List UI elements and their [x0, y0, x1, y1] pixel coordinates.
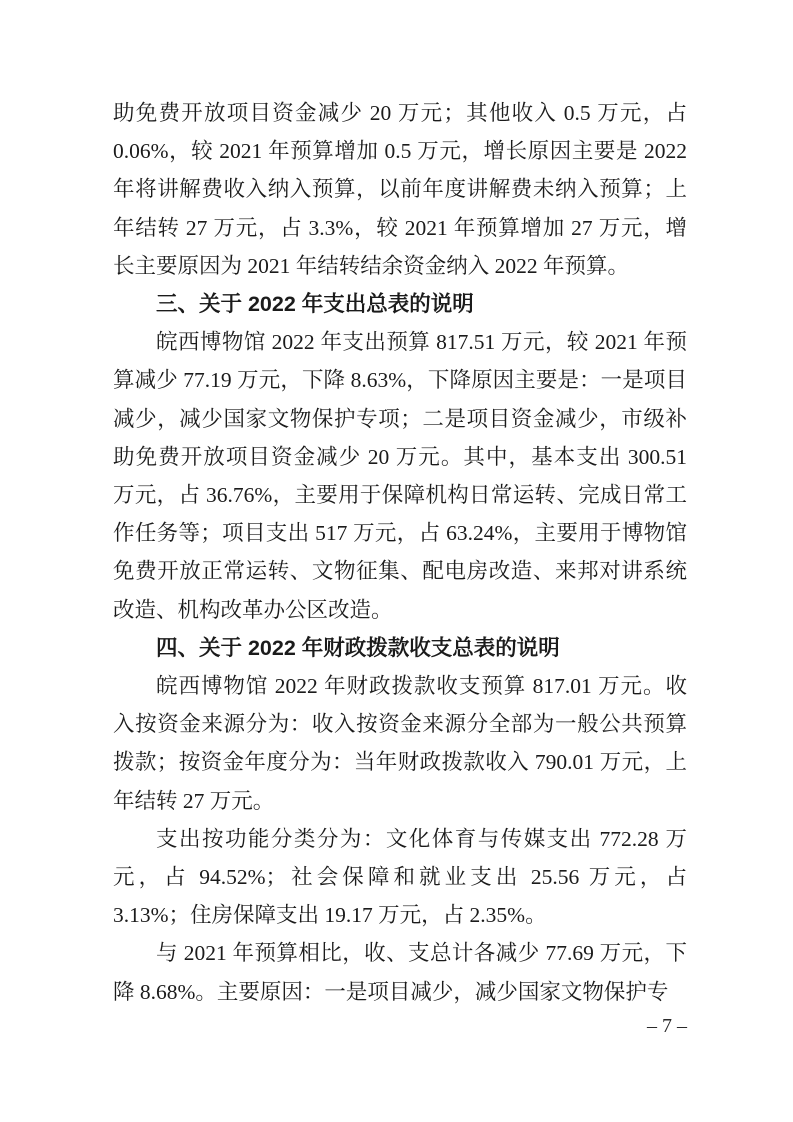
paragraph: 皖西博物馆 2022 年财政拨款收支预算 817.01 万元。收入按资金来源分为…: [113, 667, 687, 820]
document-body: 助免费开放项目资金减少 20 万元；其他收入 0.5 万元，占 0.06%，较 …: [113, 94, 687, 1011]
page-number: – 7 –: [647, 1014, 687, 1038]
section-heading: 四、关于 2022 年财政拨款收支总表的说明: [113, 629, 687, 667]
paragraph: 皖西博物馆 2022 年支出预算 817.51 万元，较 2021 年预算减少 …: [113, 323, 687, 629]
paragraph: 支出按功能分类分为：文化体育与传媒支出 772.28 万元，占 94.52%；社…: [113, 820, 687, 935]
paragraph: 与 2021 年预算相比，收、支总计各减少 77.69 万元，下降 8.68%。…: [113, 934, 687, 1010]
document-page: 助免费开放项目资金减少 20 万元；其他收入 0.5 万元，占 0.06%，较 …: [0, 0, 793, 1122]
section-heading: 三、关于 2022 年支出总表的说明: [113, 285, 687, 323]
paragraph: 助免费开放项目资金减少 20 万元；其他收入 0.5 万元，占 0.06%，较 …: [113, 94, 687, 285]
